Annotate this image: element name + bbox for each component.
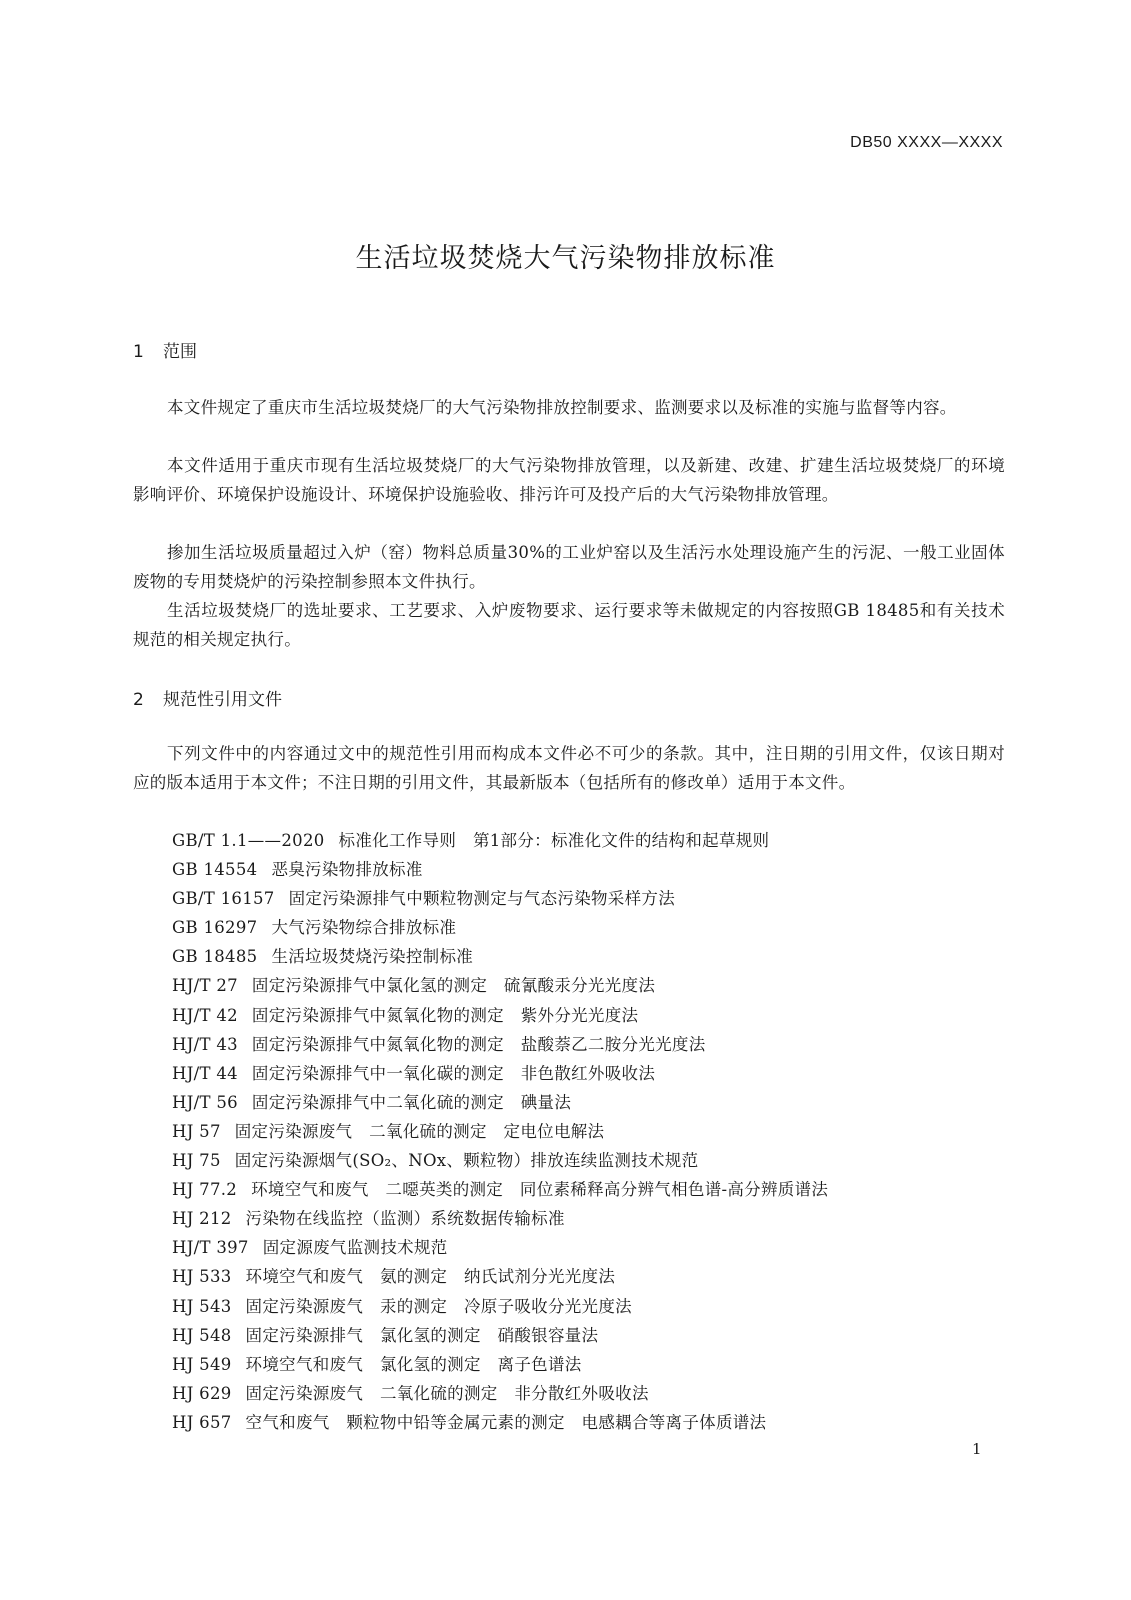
reference-code: HJ 57 bbox=[172, 1122, 221, 1141]
reference-code: HJ/T 56 bbox=[172, 1093, 238, 1112]
reference-code: HJ 548 bbox=[172, 1326, 232, 1345]
reference-title: 环境空气和废气 氯化氢的测定 离子色谱法 bbox=[246, 1355, 582, 1374]
reference-item: GB 18485生活垃圾焚烧污染控制标准 bbox=[172, 942, 828, 971]
reference-code: HJ 657 bbox=[172, 1413, 232, 1432]
reference-item: HJ/T 42固定污染源排气中氮氧化物的测定 紫外分光光度法 bbox=[172, 1001, 828, 1030]
reference-item: HJ 75固定污染源烟气(SO₂、NOx、颗粒物）排放连续监测技术规范 bbox=[172, 1146, 828, 1175]
references-intro-paragraph: 下列文件中的内容通过文中的规范性引用而构成本文件必不可少的条款。其中，注日期的引… bbox=[133, 739, 1005, 797]
reference-code: HJ/T 397 bbox=[172, 1238, 249, 1257]
reference-code: GB 18485 bbox=[172, 947, 257, 966]
reference-code: HJ 77.2 bbox=[172, 1180, 237, 1199]
reference-code: HJ 543 bbox=[172, 1297, 232, 1316]
reference-code: HJ 549 bbox=[172, 1355, 232, 1374]
reference-item: HJ 548固定污染源排气 氯化氢的测定 硝酸银容量法 bbox=[172, 1321, 828, 1350]
scope-paragraph-2: 本文件适用于重庆市现有生活垃圾焚烧厂的大气污染物排放管理，以及新建、改建、扩建生… bbox=[133, 451, 1005, 509]
section-heading-scope: 1范围 bbox=[133, 337, 197, 362]
reference-title: 固定污染源排气中一氧化碳的测定 非色散红外吸收法 bbox=[252, 1064, 655, 1083]
reference-code: HJ/T 44 bbox=[172, 1064, 238, 1083]
section-title: 规范性引用文件 bbox=[163, 690, 282, 710]
scope-paragraph-4: 生活垃圾焚烧厂的选址要求、工艺要求、入炉废物要求、运行要求等未做规定的内容按照G… bbox=[133, 596, 1005, 654]
reference-code: GB 14554 bbox=[172, 860, 257, 879]
reference-title: 固定污染源废气 二氧化硫的测定 定电位电解法 bbox=[235, 1122, 605, 1141]
reference-title: 固定污染源排气中氯化氢的测定 硫氰酸汞分光光度法 bbox=[252, 976, 655, 995]
reference-title: 大气污染物综合排放标准 bbox=[271, 918, 456, 937]
reference-item: HJ 212污染物在线监控（监测）系统数据传输标准 bbox=[172, 1204, 828, 1233]
reference-code: HJ/T 27 bbox=[172, 976, 238, 995]
scope-paragraph-1: 本文件规定了重庆市生活垃圾焚烧厂的大气污染物排放控制要求、监测要求以及标准的实施… bbox=[133, 393, 1005, 422]
reference-code: HJ/T 42 bbox=[172, 1006, 238, 1025]
reference-item: HJ 77.2环境空气和废气 二噁英类的测定 同位素稀释高分辨气相色谱-高分辨质… bbox=[172, 1175, 828, 1204]
reference-title: 环境空气和废气 二噁英类的测定 同位素稀释高分辨气相色谱-高分辨质谱法 bbox=[251, 1180, 828, 1199]
reference-title: 污染物在线监控（监测）系统数据传输标准 bbox=[246, 1209, 565, 1228]
document-title: 生活垃圾焚烧大气污染物排放标准 bbox=[0, 236, 1131, 275]
reference-title: 固定污染源废气 汞的测定 冷原子吸收分光光度法 bbox=[246, 1297, 632, 1316]
reference-title: 固定污染源排气中颗粒物测定与气态污染物采样方法 bbox=[289, 889, 675, 908]
reference-item: HJ 543固定污染源废气 汞的测定 冷原子吸收分光光度法 bbox=[172, 1292, 828, 1321]
section-heading-normative-references: 2规范性引用文件 bbox=[133, 685, 282, 710]
reference-item: GB 16297大气污染物综合排放标准 bbox=[172, 913, 828, 942]
reference-title: 标准化工作导则 第1部分：标准化文件的结构和起草规则 bbox=[339, 831, 770, 850]
reference-item: HJ 629固定污染源废气 二氧化硫的测定 非分散红外吸收法 bbox=[172, 1379, 828, 1408]
section-number: 1 bbox=[133, 342, 163, 362]
reference-item: HJ/T 44固定污染源排气中一氧化碳的测定 非色散红外吸收法 bbox=[172, 1059, 828, 1088]
reference-item: HJ 57固定污染源废气 二氧化硫的测定 定电位电解法 bbox=[172, 1117, 828, 1146]
reference-code: HJ 212 bbox=[172, 1209, 232, 1228]
reference-title: 固定污染源排气 氯化氢的测定 硝酸银容量法 bbox=[246, 1326, 599, 1345]
reference-title: 固定污染源排气中氮氧化物的测定 紫外分光光度法 bbox=[252, 1006, 638, 1025]
reference-title: 固定污染源烟气(SO₂、NOx、颗粒物）排放连续监测技术规范 bbox=[235, 1151, 699, 1170]
document-number: DB50 XXXX—XXXX bbox=[850, 134, 1003, 152]
reference-item: HJ/T 27固定污染源排气中氯化氢的测定 硫氰酸汞分光光度法 bbox=[172, 971, 828, 1000]
page-number: 1 bbox=[972, 1440, 982, 1458]
reference-title: 固定源废气监测技术规范 bbox=[263, 1238, 448, 1257]
reference-title: 生活垃圾焚烧污染控制标准 bbox=[271, 947, 473, 966]
reference-code: HJ 629 bbox=[172, 1384, 232, 1403]
reference-title: 固定污染源排气中二氧化硫的测定 碘量法 bbox=[252, 1093, 571, 1112]
reference-title: 空气和废气 颗粒物中铅等金属元素的测定 电感耦合等离子体质谱法 bbox=[246, 1413, 767, 1432]
reference-code: GB/T 1.1——2020 bbox=[172, 831, 325, 850]
section-number: 2 bbox=[133, 690, 163, 710]
reference-item: GB/T 16157固定污染源排气中颗粒物测定与气态污染物采样方法 bbox=[172, 884, 828, 913]
reference-item: HJ 533环境空气和废气 氨的测定 纳氏试剂分光光度法 bbox=[172, 1262, 828, 1291]
section-title: 范围 bbox=[163, 342, 197, 362]
reference-item: GB/T 1.1——2020标准化工作导则 第1部分：标准化文件的结构和起草规则 bbox=[172, 826, 828, 855]
reference-code: GB 16297 bbox=[172, 918, 257, 937]
reference-title: 固定污染源废气 二氧化硫的测定 非分散红外吸收法 bbox=[246, 1384, 649, 1403]
reference-title: 恶臭污染物排放标准 bbox=[271, 860, 422, 879]
reference-code: HJ/T 43 bbox=[172, 1035, 238, 1054]
reference-item: HJ 657空气和废气 颗粒物中铅等金属元素的测定 电感耦合等离子体质谱法 bbox=[172, 1408, 828, 1437]
reference-item: HJ/T 43固定污染源排气中氮氧化物的测定 盐酸萘乙二胺分光光度法 bbox=[172, 1030, 828, 1059]
reference-list: GB/T 1.1——2020标准化工作导则 第1部分：标准化文件的结构和起草规则… bbox=[172, 826, 828, 1437]
reference-code: HJ 75 bbox=[172, 1151, 221, 1170]
reference-title: 固定污染源排气中氮氧化物的测定 盐酸萘乙二胺分光光度法 bbox=[252, 1035, 706, 1054]
reference-item: HJ/T 56固定污染源排气中二氧化硫的测定 碘量法 bbox=[172, 1088, 828, 1117]
reference-code: GB/T 16157 bbox=[172, 889, 275, 908]
scope-paragraph-3: 掺加生活垃圾质量超过入炉（窑）物料总质量30%的工业炉窑以及生活污水处理设施产生… bbox=[133, 538, 1005, 596]
reference-item: HJ 549环境空气和废气 氯化氢的测定 离子色谱法 bbox=[172, 1350, 828, 1379]
reference-title: 环境空气和废气 氨的测定 纳氏试剂分光光度法 bbox=[246, 1267, 616, 1286]
reference-item: HJ/T 397固定源废气监测技术规范 bbox=[172, 1233, 828, 1262]
reference-code: HJ 533 bbox=[172, 1267, 232, 1286]
reference-item: GB 14554恶臭污染物排放标准 bbox=[172, 855, 828, 884]
